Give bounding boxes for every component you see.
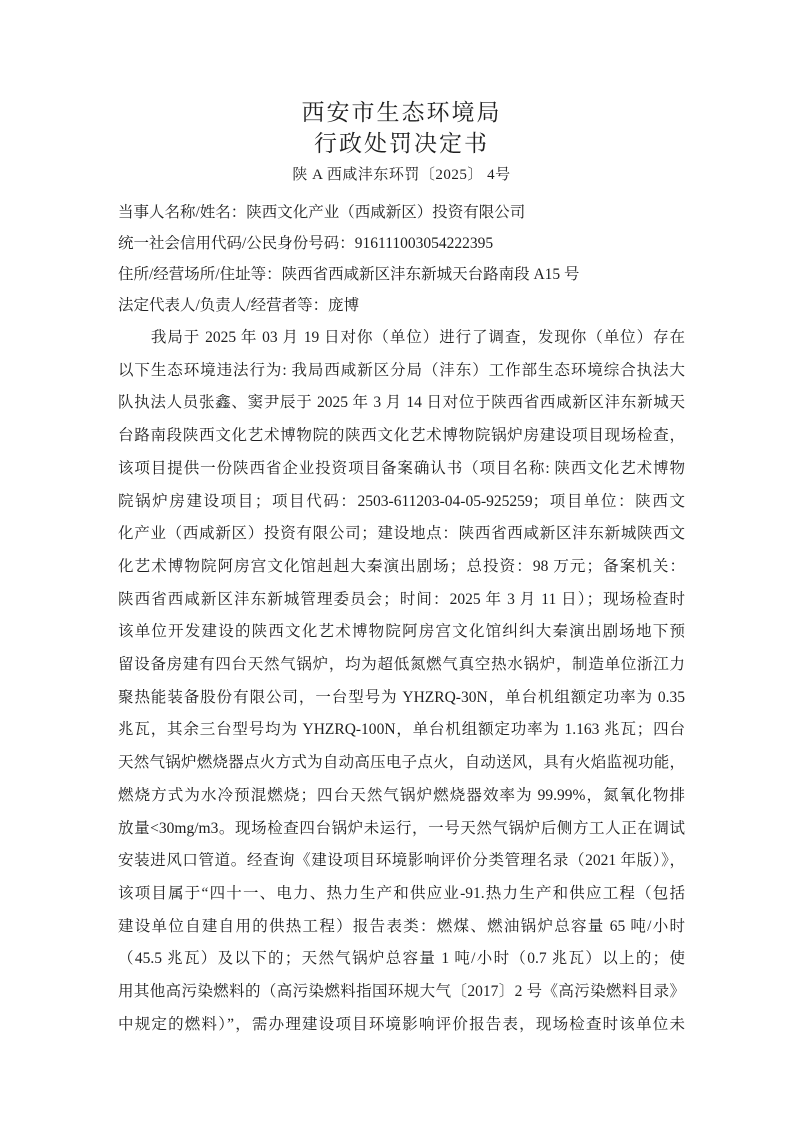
body-line: 聚热能装备股份有限公司，一台型号为 YHZRQ-30N，单台机组额定功率为 0.… <box>118 682 685 715</box>
body-line: 用其他高污染燃料的（高污染燃料指国环规大气〔2017〕2 号《高污染燃料目录》 <box>118 976 685 1009</box>
party-info-line: 法定代表人/负责人/经营者等：庞博 <box>118 290 685 321</box>
body-line: 该单位开发建设的陕西文化艺术博物院阿房宫文化馆纠纠大秦演出剧场地下预 <box>118 616 685 649</box>
body-line: 台路南段陕西文化艺术博物院的陕西文化艺术博物院锅炉房建设项目现场检查， <box>118 420 685 453</box>
body-paragraph: 我局于 2025 年 03 月 19 日对你（单位）进行了调查，发现你（单位）存… <box>118 322 685 1041</box>
body-line: 放量<30mg/m3。现场检查四台锅炉未运行，一号天然气锅炉后侧方工人正在调试 <box>118 813 685 846</box>
body-line: 该项目属于“四十一、电力、热力生产和供应业-91.热力生产和供应工程（包括 <box>118 878 685 911</box>
body-line: 以下生态环境违法行为: 我局西咸新区分局（沣东）工作部生态环境综合执法大 <box>118 355 685 388</box>
party-info-line: 当事人名称/姓名：陕西文化产业（西咸新区）投资有限公司 <box>118 197 685 228</box>
body-line: 中规定的燃料）”，需办理建设项目环境影响评价报告表，现场检查时该单位未 <box>118 1009 685 1042</box>
document-subtitle: 行政处罚决定书 <box>118 128 685 159</box>
party-info-section: 当事人名称/姓名：陕西文化产业（西咸新区）投资有限公司统一社会信用代码/公民身份… <box>118 197 685 321</box>
body-line: 天然气锅炉燃烧器点火方式为自动高压电子点火，自动送风，具有火焰监视功能， <box>118 747 685 780</box>
body-line: （45.5 兆瓦）及以下的；天然气锅炉总容量 1 吨/小时（0.7 兆瓦）以上的… <box>118 943 685 976</box>
body-line: 安装进风口管道。经查询《建设项目环境影响评价分类管理名录（2021 年版）》， <box>118 845 685 878</box>
body-line: 燃烧方式为水冷预混燃烧；四台天然气锅炉燃烧器效率为 99.99%，氮氧化物排 <box>118 780 685 813</box>
body-line: 该项目提供一份陕西省企业投资项目备案确认书（项目名称: 陕西文化艺术博物 <box>118 453 685 486</box>
body-line: 留设备房建有四台天然气锅炉，均为超低氮燃气真空热水锅炉，制造单位浙江力 <box>118 649 685 682</box>
body-line: 化产业（西咸新区）投资有限公司；建设地点：陕西省西咸新区沣东新城陕西文 <box>118 518 685 551</box>
body-line: 院锅炉房建设项目；项目代码：2503-611203-04-05-925259；项… <box>118 486 685 519</box>
body-line: 化艺术博物院阿房宫文化馆赳赳大秦演出剧场；总投资：98 万元；备案机关： <box>118 551 685 584</box>
body-line: 建设单位自建自用的供热工程）报告表类：燃煤、燃油锅炉总容量 65 吨/小时 <box>118 911 685 944</box>
party-info-line: 住所/经营场所/住址等：陕西省西咸新区沣东新城天台路南段 A15 号 <box>118 259 685 290</box>
document-title: 西安市生态环境局 <box>118 97 685 128</box>
body-line: 我局于 2025 年 03 月 19 日对你（单位）进行了调查，发现你（单位）存… <box>118 322 685 355</box>
body-line: 兆瓦，其余三台型号均为 YHZRQ-100N，单台机组额定功率为 1.163 兆… <box>118 714 685 747</box>
body-line: 队执法人员张鑫、窦尹辰于 2025 年 3 月 14 日对位于陕西省西咸新区沣东… <box>118 387 685 420</box>
document-number: 陕 A 西咸沣东环罚〔2025〕 4号 <box>118 165 685 185</box>
body-line: 陕西省西咸新区沣东新城管理委员会；时间：2025 年 3 月 11 日）；现场检… <box>118 584 685 617</box>
party-info-line: 统一社会信用代码/公民身份号码：916111003054222395 <box>118 228 685 259</box>
document-page: 西安市生态环境局 行政处罚决定书 陕 A 西咸沣东环罚〔2025〕 4号 当事人… <box>0 0 800 1132</box>
